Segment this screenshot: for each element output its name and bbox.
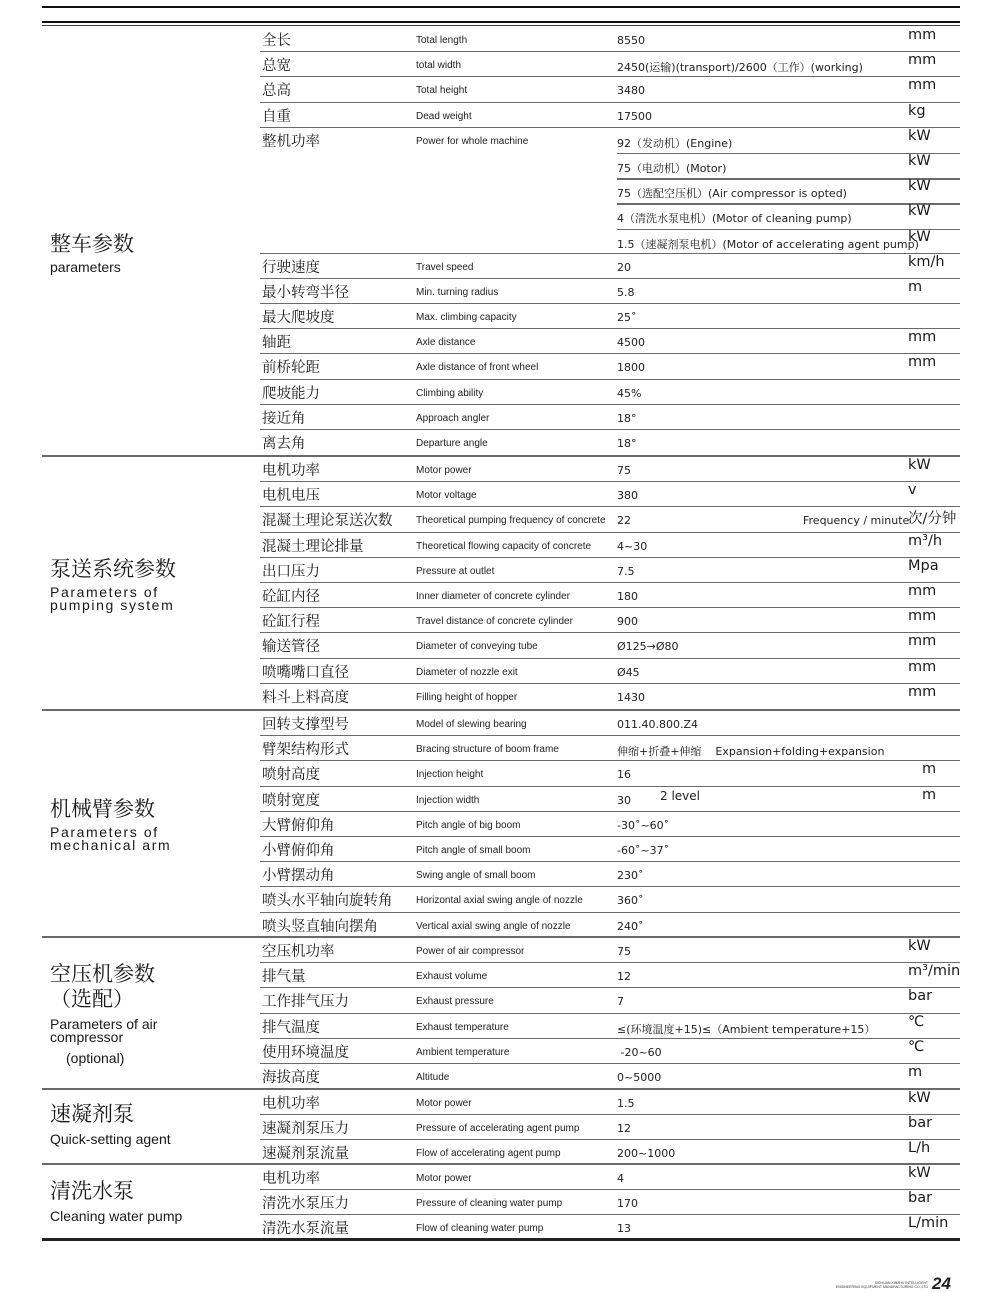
- spec-row: 喷射宽度Injection width302 levelm: [260, 787, 960, 812]
- param-name-zh: 最大爬坡度: [262, 306, 335, 327]
- section-title-en: Parameters of pumping system: [50, 586, 180, 612]
- param-name-zh: 喷嘴嘴口直径: [262, 661, 349, 682]
- param-value: 13: [617, 1222, 631, 1235]
- section-title-zh: 清洗水泵: [50, 1179, 182, 1204]
- param-name-zh: 大臂俯仰角: [262, 814, 335, 835]
- param-name-zh: 小臂摆动角: [262, 864, 335, 885]
- param-name-en: Filling height of hopper: [416, 692, 517, 703]
- spec-rows: 全长Total length8550mm 总宽total width2450(运…: [260, 27, 960, 455]
- param-unit: m: [922, 761, 936, 777]
- param-value: 7: [617, 995, 624, 1008]
- param-name-zh: 电机功率: [262, 1167, 320, 1188]
- param-name-zh: 速凝剂泵压力: [262, 1117, 349, 1138]
- param-unit: kW: [908, 938, 931, 954]
- spec-row: 喷头水平轴向旋转角Horizontal axial swing angle of…: [260, 887, 960, 912]
- param-unit: kg: [908, 103, 926, 119]
- spec-row: 喷头竖直轴向摆角Vertical axial swing angle of no…: [260, 913, 960, 938]
- param-value: 360˚: [617, 894, 644, 907]
- section-title-en: Parameters of air compressor: [50, 1018, 180, 1044]
- param-name-zh: 总高: [262, 79, 291, 100]
- param-name-zh: 离去角: [262, 432, 306, 453]
- spec-row: 离去角Departure angle18°: [260, 430, 960, 455]
- param-value: 2450(运输)(transport)/2600（工作）(working): [617, 59, 863, 75]
- section-air-compressor: 空压机参数 （选配） Parameters of air compressor …: [42, 938, 960, 1090]
- param-name-en: Diameter of nozzle exit: [416, 667, 518, 678]
- param-name-en: Travel distance of concrete cylinder: [416, 616, 573, 627]
- spec-row: 工作排气压力Exhaust pressure7bar: [260, 988, 960, 1013]
- param-unit: kW: [908, 229, 931, 245]
- param-name-en: Pressure of cleaning water pump: [416, 1198, 562, 1209]
- param-name-en: Theoretical pumping frequency of concret…: [416, 515, 606, 526]
- spec-row: 接近角Approach angler18°: [260, 405, 960, 430]
- param-name-en: Pressure of accelerating agent pump: [416, 1123, 579, 1134]
- param-unit: kW: [908, 153, 931, 169]
- param-name-zh: 轴距: [262, 331, 291, 352]
- param-unit: kW: [908, 178, 931, 194]
- spec-row: 爬坡能力Climbing ability45%: [260, 380, 960, 405]
- param-value: 1.5（速凝剂泵电机）(Motor of accelerating agent …: [617, 236, 919, 252]
- param-name-zh: 速凝剂泵流量: [262, 1142, 349, 1163]
- spec-row: 总高Total height3480mm: [260, 77, 960, 102]
- param-note: Frequency / minute: [803, 514, 909, 527]
- section-title: 速凝剂泵 Quick-setting agent: [50, 1102, 171, 1146]
- param-name-en: Ambient temperature: [416, 1047, 509, 1058]
- param-unit: 次/分钟: [908, 507, 956, 528]
- param-name-zh: 混凝土理论排量: [262, 535, 364, 556]
- spec-row: 电机电压Motor voltage380v: [260, 482, 960, 507]
- spec-row: 混凝土理论排量Theoretical flowing capacity of c…: [260, 533, 960, 558]
- spec-row: 输送管径Diameter of conveying tubeØ125→Ø80mm: [260, 633, 960, 658]
- param-name-zh: 臂架结构形式: [262, 738, 349, 759]
- section-title-zh: 泵送系统参数: [50, 557, 180, 582]
- param-name-en: Axle distance of front wheel: [416, 362, 538, 373]
- param-value: 12: [617, 970, 631, 983]
- param-name-zh: 使用环境温度: [262, 1041, 349, 1062]
- param-value: 0~5000: [617, 1071, 661, 1084]
- param-value: Ø45: [617, 666, 640, 679]
- param-name-zh: 爬坡能力: [262, 382, 320, 403]
- spec-row: 75（选配空压机）(Air compressor is opted)kW: [260, 178, 960, 203]
- param-name-en: Diameter of conveying tube: [416, 641, 538, 652]
- param-value: 4: [617, 1172, 624, 1185]
- spec-row: 大臂俯仰角Pitch angle of big boom-30˚~60˚: [260, 812, 960, 837]
- section-mechanical-arm: 机械臂参数 Parameters of mechanical arm 回转支撑型…: [42, 711, 960, 938]
- param-unit: m: [908, 279, 922, 295]
- param-name-en: Total height: [416, 85, 467, 96]
- spec-row: 出口压力Pressure at outlet7.5Mpa: [260, 558, 960, 583]
- param-unit: ℃: [908, 1014, 924, 1030]
- param-value: 1800: [617, 361, 645, 374]
- param-name-zh: 接近角: [262, 407, 306, 428]
- param-value: 伸缩+折叠+伸缩 Expansion+folding+expansion: [617, 743, 884, 759]
- spec-row: 行驶速度Travel speed20km/h: [260, 254, 960, 279]
- param-name-en: total width: [416, 60, 461, 71]
- section-title: 清洗水泵 Cleaning water pump: [50, 1179, 182, 1223]
- param-unit: mm: [908, 77, 936, 93]
- spec-row: 回转支撑型号Model of slewing bearing011.40.800…: [260, 711, 960, 736]
- param-value: 20: [617, 261, 631, 274]
- section-title-en: Cleaning water pump: [50, 1210, 182, 1223]
- param-name-zh: 清洗水泵压力: [262, 1192, 349, 1213]
- spec-row: 排气温度Exhaust temperature≤(环境温度+15)≤（Ambie…: [260, 1014, 960, 1039]
- param-name-en: Theoretical flowing capacity of concrete: [416, 541, 591, 552]
- spec-row: 总宽total width2450(运输)(transport)/2600（工作…: [260, 52, 960, 77]
- param-value: 240˚: [617, 920, 644, 933]
- spec-row: 1.5（速凝剂泵电机）(Motor of accelerating agent …: [260, 229, 960, 254]
- param-value: 011.40.800.Z4: [617, 718, 698, 731]
- param-value: ≤(环境温度+15)≤（Ambient temperature+15）: [617, 1021, 875, 1037]
- spec-row: 臂架结构形式Bracing structure of boom frame伸缩+…: [260, 736, 960, 761]
- spec-row: 前桥轮距Axle distance of front wheel1800mm: [260, 354, 960, 379]
- spec-row: 料斗上料高度Filling height of hopper1430mm: [260, 684, 960, 709]
- param-name-en: Bracing structure of boom frame: [416, 744, 559, 755]
- section-title-en-optional: (optional): [50, 1052, 180, 1065]
- param-value: 4（清洗水泵电机）(Motor of cleaning pump): [617, 210, 852, 226]
- param-value: 75: [617, 464, 631, 477]
- param-name-zh: 喷头竖直轴向摆角: [262, 915, 378, 936]
- top-rule: [42, 6, 960, 8]
- spec-row: 全长Total length8550mm: [260, 27, 960, 52]
- param-unit: mm: [908, 608, 936, 624]
- param-unit: v: [908, 482, 917, 498]
- section-title-zh-optional: （选配）: [50, 987, 180, 1012]
- spec-row: 电机功率Motor power1.5kW: [260, 1090, 960, 1115]
- param-value: 75: [617, 945, 631, 958]
- param-name-en: Power of air compressor: [416, 946, 524, 957]
- param-unit: kW: [908, 457, 931, 473]
- param-name-zh: 清洗水泵流量: [262, 1217, 349, 1238]
- spec-row: 排气量Exhaust volume12m³/min: [260, 963, 960, 988]
- param-name-zh: 砼缸行程: [262, 610, 320, 631]
- section-pumping-system: 泵送系统参数 Parameters of pumping system 电机功率…: [42, 457, 960, 711]
- param-name-en: Flow of accelerating agent pump: [416, 1148, 561, 1159]
- footer-company-name: SICHUAN XINZHU INTELLIGENT ENGINEERING E…: [832, 1281, 928, 1289]
- param-name-zh: 喷头水平轴向旋转角: [262, 889, 393, 910]
- param-value: 17500: [617, 110, 652, 123]
- param-value: 380: [617, 489, 638, 502]
- param-name-zh: 行驶速度: [262, 256, 320, 277]
- header-rule: [42, 21, 960, 23]
- param-name-en: Motor voltage: [416, 490, 477, 501]
- param-unit: kW: [908, 128, 931, 144]
- param-name-en: Motor power: [416, 1098, 472, 1109]
- spec-row: 清洗水泵压力Pressure of cleaning water pump170…: [260, 1190, 960, 1215]
- param-name-zh: 排气量: [262, 965, 306, 986]
- section-title-en: Quick-setting agent: [50, 1133, 171, 1146]
- section-vehicle-parameters: 整车参数 parameters 全长Total length8550mm 总宽t…: [42, 27, 960, 457]
- param-unit: km/h: [908, 254, 945, 270]
- param-name-zh: 整机功率: [262, 130, 320, 151]
- spec-rows: 电机功率Motor power75kW 电机电压Motor voltage380…: [260, 457, 960, 709]
- param-value: 18°: [617, 412, 637, 425]
- section-title: 空压机参数 （选配） Parameters of air compressor …: [50, 962, 180, 1065]
- section-title: 泵送系统参数 Parameters of pumping system: [50, 557, 180, 612]
- section-title: 机械臂参数 Parameters of mechanical arm: [50, 797, 180, 852]
- param-unit: m³/min: [908, 963, 960, 979]
- param-name-zh: 喷射高度: [262, 763, 320, 784]
- param-unit: mm: [908, 354, 936, 370]
- param-unit: mm: [908, 633, 936, 649]
- spec-row: 小臂俯仰角Pitch angle of small boom-60˚~37˚: [260, 837, 960, 862]
- param-name-en: Exhaust temperature: [416, 1022, 509, 1033]
- param-name-en: Power for whole machine: [416, 136, 528, 147]
- param-value: -60˚~37˚: [617, 844, 669, 857]
- param-value: 5.8: [617, 286, 635, 299]
- param-unit: ℃: [908, 1039, 924, 1055]
- param-name-en: Swing angle of small boom: [416, 870, 536, 881]
- param-value: 75（电动机）(Motor): [617, 160, 726, 176]
- param-name-en: Total length: [416, 35, 467, 46]
- section-title: 整车参数 parameters: [50, 232, 134, 274]
- param-value: 30: [617, 794, 631, 807]
- param-value: -30˚~60˚: [617, 819, 669, 832]
- spec-row: 海拔高度Altitude0~5000m: [260, 1064, 960, 1089]
- param-value: 25˚: [617, 311, 637, 324]
- param-value: 3480: [617, 84, 645, 97]
- param-value: 200~1000: [617, 1147, 675, 1160]
- param-unit: bar: [908, 1190, 932, 1206]
- spec-row: 空压机功率Power of air compressor75kW: [260, 938, 960, 963]
- param-unit: mm: [908, 684, 936, 700]
- spec-row: 4（清洗水泵电机）(Motor of cleaning pump)kW: [260, 203, 960, 228]
- param-unit: m³/h: [908, 533, 942, 549]
- param-name-en: Departure angle: [416, 438, 488, 449]
- param-name-zh: 混凝土理论泵送次数: [262, 509, 393, 530]
- param-name-en: Motor power: [416, 1173, 472, 1184]
- param-unit: m: [908, 1064, 922, 1080]
- param-name-zh: 全长: [262, 29, 291, 50]
- param-unit: mm: [908, 52, 936, 68]
- param-value: 900: [617, 615, 638, 628]
- param-value: 45%: [617, 387, 641, 400]
- param-name-en: Pitch angle of big boom: [416, 820, 521, 831]
- spec-row: 75（电动机）(Motor)kW: [260, 153, 960, 178]
- param-name-en: Pressure at outlet: [416, 566, 494, 577]
- spec-row: 使用环境温度Ambient temperature -20~60℃: [260, 1039, 960, 1064]
- param-name-en: Exhaust pressure: [416, 996, 494, 1007]
- section-title-en: Parameters of mechanical arm: [50, 826, 180, 852]
- spec-rows: 电机功率Motor power1.5kW 速凝剂泵压力Pressure of a…: [260, 1090, 960, 1166]
- param-name-zh: 输送管径: [262, 635, 320, 656]
- section-title-en: parameters: [50, 261, 134, 274]
- param-value: 4500: [617, 336, 645, 349]
- section-quick-setting-agent: 速凝剂泵 Quick-setting agent 电机功率Motor power…: [42, 1090, 960, 1165]
- param-name-en: Vertical axial swing angle of nozzle: [416, 921, 571, 932]
- param-name-zh: 回转支撑型号: [262, 713, 349, 734]
- param-name-en: Flow of cleaning water pump: [416, 1223, 543, 1234]
- param-value: 170: [617, 1197, 638, 1210]
- spec-row: 电机功率Motor power75kW: [260, 457, 960, 482]
- param-unit: L/h: [908, 1140, 930, 1156]
- param-name-zh: 料斗上料高度: [262, 686, 349, 707]
- spec-rows: 电机功率Motor power4kW 清洗水泵压力Pressure of cle…: [260, 1165, 960, 1241]
- param-value: Ø125→Ø80: [617, 640, 679, 653]
- param-name-zh: 喷射宽度: [262, 789, 320, 810]
- param-value: -20~60: [617, 1046, 662, 1059]
- param-unit: mm: [908, 329, 936, 345]
- param-name-zh: 空压机功率: [262, 940, 335, 961]
- param-name-zh: 电机功率: [262, 459, 320, 480]
- param-unit: kW: [908, 1165, 931, 1181]
- section-title-zh: 机械臂参数: [50, 797, 180, 822]
- param-value: 16: [617, 768, 631, 781]
- param-name-zh: 出口压力: [262, 560, 320, 581]
- param-name-zh: 排气温度: [262, 1016, 320, 1037]
- param-name-zh: 自重: [262, 105, 291, 126]
- param-unit: Mpa: [908, 558, 939, 574]
- param-value: 12: [617, 1122, 631, 1135]
- spec-row: 小臂摆动角Swing angle of small boom230˚: [260, 862, 960, 887]
- param-name-zh: 砼缸内径: [262, 585, 320, 606]
- param-name-zh: 工作排气压力: [262, 990, 349, 1011]
- section-title-zh: 速凝剂泵: [50, 1102, 171, 1127]
- spec-row: 喷嘴嘴口直径Diameter of nozzle exitØ45mm: [260, 659, 960, 684]
- param-value: 7.5: [617, 565, 635, 578]
- param-name-zh: 电机电压: [262, 484, 320, 505]
- param-value: 180: [617, 590, 638, 603]
- section-title-zh: 整车参数: [50, 232, 134, 257]
- param-name-en: Inner diameter of concrete cylinder: [416, 591, 570, 602]
- param-value: 18°: [617, 437, 637, 450]
- param-value: 1430: [617, 691, 645, 704]
- param-unit: bar: [908, 1115, 932, 1131]
- param-value: 1.5: [617, 1097, 635, 1110]
- param-value: 92（发动机）(Engine): [617, 135, 732, 151]
- section-cleaning-water-pump: 清洗水泵 Cleaning water pump 电机功率Motor power…: [42, 1165, 960, 1241]
- param-unit: mm: [908, 659, 936, 675]
- param-name-en: Climbing ability: [416, 388, 483, 399]
- param-name-en: Max. climbing capacity: [416, 312, 517, 323]
- spec-row: 整机功率Power for whole machine92（发动机）(Engin…: [260, 128, 960, 153]
- spec-row: 砼缸行程Travel distance of concrete cylinder…: [260, 608, 960, 633]
- param-name-zh: 总宽: [262, 54, 291, 75]
- param-unit: L/min: [908, 1215, 948, 1231]
- param-unit: m: [922, 787, 936, 803]
- spec-row: 轴距Axle distance4500mm: [260, 329, 960, 354]
- param-name-en: Travel speed: [416, 262, 473, 273]
- param-name-zh: 海拔高度: [262, 1066, 320, 1087]
- param-unit: kW: [908, 1090, 931, 1106]
- spec-row: 电机功率Motor power4kW: [260, 1165, 960, 1190]
- param-name-en: Dead weight: [416, 111, 472, 122]
- param-name-zh: 电机功率: [262, 1092, 320, 1113]
- param-name-en: Min. turning radius: [416, 287, 498, 298]
- param-name-en: Horizontal axial swing angle of nozzle: [416, 895, 583, 906]
- param-name-en: Injection height: [416, 769, 483, 780]
- spec-row: 砼缸内径Inner diameter of concrete cylinder1…: [260, 583, 960, 608]
- param-name-en: Pitch angle of small boom: [416, 845, 531, 856]
- spec-row: 混凝土理论泵送次数Theoretical pumping frequency o…: [260, 507, 960, 532]
- spec-row: 最大爬坡度Max. climbing capacity25˚: [260, 304, 960, 329]
- param-name-en: Model of slewing bearing: [416, 719, 527, 730]
- param-value: 4~30: [617, 540, 647, 553]
- param-name-zh: 小臂俯仰角: [262, 839, 335, 860]
- spec-row: 最小转弯半径Min. turning radius5.8m: [260, 279, 960, 304]
- param-name-en: Injection width: [416, 795, 479, 806]
- spec-row: 速凝剂泵流量Flow of accelerating agent pump200…: [260, 1140, 960, 1165]
- param-value: 230˚: [617, 869, 644, 882]
- param-unit: bar: [908, 988, 932, 1004]
- header-rule-thin: [42, 25, 960, 26]
- spec-row: 喷射高度Injection height16m: [260, 761, 960, 786]
- footer-company-line2: ENGINEERING EQUIPMENT MANUFACTURING CO.,…: [832, 1285, 928, 1289]
- param-note: 2 level: [660, 789, 700, 803]
- param-value: 8550: [617, 34, 645, 47]
- param-name-en: Approach angler: [416, 413, 489, 424]
- param-name-zh: 前桥轮距: [262, 356, 320, 377]
- param-name-en: Exhaust volume: [416, 971, 487, 982]
- spec-row: 清洗水泵流量Flow of cleaning water pump13L/min: [260, 1215, 960, 1240]
- param-unit: mm: [908, 27, 936, 43]
- param-name-en: Axle distance: [416, 337, 475, 348]
- page-number: 24: [932, 1274, 951, 1292]
- param-value: 22: [617, 514, 631, 527]
- param-name-zh: 最小转弯半径: [262, 281, 349, 302]
- spec-rows: 空压机功率Power of air compressor75kW 排气量Exha…: [260, 938, 960, 1089]
- spec-row: 速凝剂泵压力Pressure of accelerating agent pum…: [260, 1115, 960, 1140]
- param-value: 75（选配空压机）(Air compressor is opted): [617, 185, 847, 201]
- section-title-zh: 空压机参数: [50, 962, 180, 987]
- param-unit: mm: [908, 583, 936, 599]
- param-name-en: Altitude: [416, 1072, 449, 1083]
- spec-row: 自重Dead weight17500kg: [260, 103, 960, 128]
- spec-rows: 回转支撑型号Model of slewing bearing011.40.800…: [260, 711, 960, 938]
- param-name-en: Motor power: [416, 465, 472, 476]
- param-unit: kW: [908, 203, 931, 219]
